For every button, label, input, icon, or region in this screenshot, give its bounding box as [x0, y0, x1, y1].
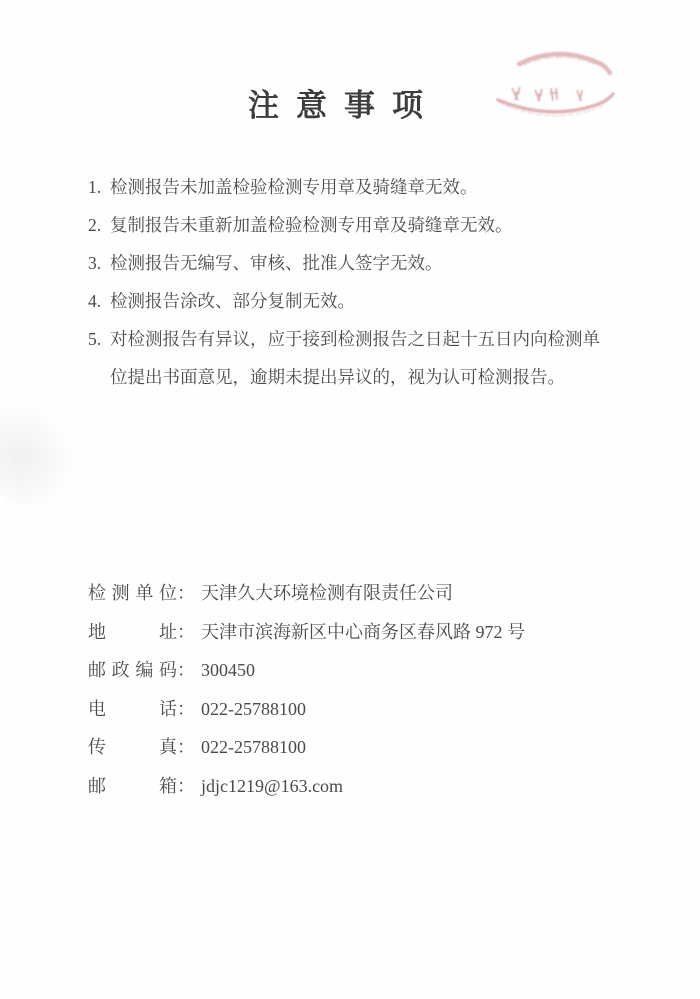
note-item-4: 4. 检测报告涂改、部分复制无效。	[88, 282, 623, 320]
contact-row-fax: 传真：022-25788100	[88, 728, 525, 767]
contact-colon: ：	[177, 651, 195, 690]
note-item-2: 2. 复制报告未重新加盖检验检测专用章及骑缝章无效。	[88, 206, 623, 244]
contact-label: 传真	[88, 728, 177, 767]
contact-value: jdjc1219@163.com	[201, 767, 343, 806]
contact-value: 022-25788100	[201, 728, 306, 767]
contact-label: 邮政编码	[88, 651, 177, 690]
contact-colon: ：	[177, 613, 195, 652]
contact-colon: ：	[177, 690, 195, 729]
contact-label: 地址	[88, 613, 177, 652]
note-text: 检测报告未加盖检验检测专用章及骑缝章无效。	[110, 168, 615, 206]
note-text: 检测报告无编写、审核、批准人签字无效。	[110, 244, 615, 282]
notes-list: 1. 检测报告未加盖检验检测专用章及骑缝章无效。 2. 复制报告未重新加盖检验检…	[88, 168, 623, 396]
contact-value: 天津市滨海新区中心商务区春风路 972 号	[201, 613, 525, 652]
note-text: 复制报告未重新加盖检验检测专用章及骑缝章无效。	[110, 206, 615, 244]
note-number: 1.	[88, 168, 110, 206]
note-number: 4.	[88, 282, 110, 320]
note-text: 检测报告涂改、部分复制无效。	[110, 282, 615, 320]
contact-info: 检测单位：天津久大环境检测有限责任公司 地址：天津市滨海新区中心商务区春风路 9…	[88, 574, 525, 805]
contact-row-unit: 检测单位：天津久大环境检测有限责任公司	[88, 574, 525, 613]
contact-row-email: 邮箱：jdjc1219@163.com	[88, 767, 525, 806]
contact-colon: ：	[177, 767, 195, 806]
note-number: 5.	[88, 320, 110, 396]
contact-row-postcode: 邮政编码：300450	[88, 651, 525, 690]
contact-value: 300450	[201, 651, 255, 690]
note-item-3: 3. 检测报告无编写、审核、批准人签字无效。	[88, 244, 623, 282]
note-item-5: 5. 对检测报告有异议，应于接到检测报告之日起十五日内向检测单位提出书面意见，逾…	[88, 320, 623, 396]
contact-label: 检测单位	[88, 574, 177, 613]
note-text: 对检测报告有异议，应于接到检测报告之日起十五日内向检测单位提出书面意见，逾期未提…	[110, 320, 615, 396]
document-page: 注意事项 1. 检测报告未加盖检验检测专用章及骑缝章无效。 2. 复制报告未重新…	[0, 0, 700, 999]
scan-smudge-artifact	[0, 380, 97, 526]
note-number: 2.	[88, 206, 110, 244]
contact-row-address: 地址：天津市滨海新区中心商务区春风路 972 号	[88, 613, 525, 652]
note-item-1: 1. 检测报告未加盖检验检测专用章及骑缝章无效。	[88, 168, 623, 206]
note-number: 3.	[88, 244, 110, 282]
contact-row-phone: 电话：022-25788100	[88, 690, 525, 729]
contact-label: 电话	[88, 690, 177, 729]
contact-label: 邮箱	[88, 767, 177, 806]
contact-value: 天津久大环境检测有限责任公司	[201, 574, 453, 613]
contact-colon: ：	[177, 574, 195, 613]
contact-value: 022-25788100	[201, 690, 306, 729]
page-title: 注意事项	[0, 80, 694, 125]
contact-colon: ：	[177, 728, 195, 767]
